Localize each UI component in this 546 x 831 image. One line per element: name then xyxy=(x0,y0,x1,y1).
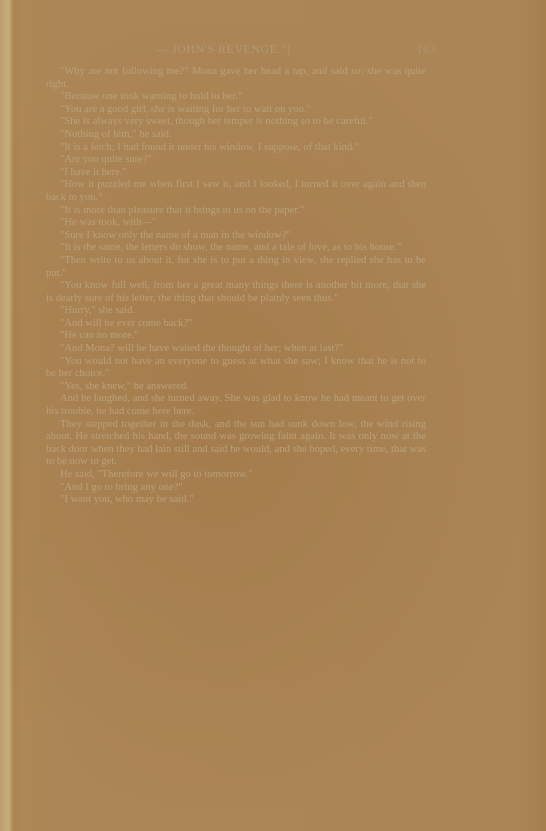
paragraph: "It is a fetch; I had found it under his… xyxy=(46,142,426,155)
paragraph: "You would not have an everyone to guess… xyxy=(46,356,426,381)
paragraph: "Then write to us about it, for she is t… xyxy=(46,255,426,280)
running-header: — JOHN'S REVENGE."] 163 xyxy=(46,42,426,62)
paragraph: "Yes, she knew," he answered. xyxy=(46,381,426,394)
book-page: — JOHN'S REVENGE."] 163 "Why are not fol… xyxy=(46,42,426,507)
paragraph: "Sure I know only the name of a man in t… xyxy=(46,230,426,243)
paragraph: "Why are not following me?" Mona gave he… xyxy=(46,66,426,91)
book-spine-shadow xyxy=(0,0,14,831)
running-title: — JOHN'S REVENGE."] xyxy=(156,42,291,57)
paragraph: "She is always very sweet, though her te… xyxy=(46,116,426,129)
paragraph: "He was took, with—" xyxy=(46,217,426,230)
page-body: "Why are not following me?" Mona gave he… xyxy=(46,66,426,507)
paragraph: "Because one took warning to hold to her… xyxy=(46,91,426,104)
paragraph: "And I go to bring any one?" xyxy=(46,482,426,495)
paragraph: He said, "Therefore we will go to tomorr… xyxy=(46,469,426,482)
paragraph: "You are a good girl, she is waiting for… xyxy=(46,104,426,117)
paragraph: And he laughed, and she turned away. She… xyxy=(46,393,426,418)
paragraph: "Hurry," she said. xyxy=(46,305,426,318)
paragraph: "I have it here." xyxy=(46,167,426,180)
paragraph: "Nothing of him," he said. xyxy=(46,129,426,142)
paragraph: "And will he ever come back?" xyxy=(46,318,426,331)
paragraph: They stepped together in the dusk, and t… xyxy=(46,419,426,469)
paragraph: "You know full well, from her a great ma… xyxy=(46,280,426,305)
paragraph: "Are you quite sure?" xyxy=(46,154,426,167)
paragraph: "It is the same, the letters do show, th… xyxy=(46,242,426,255)
paragraph: "And Mona? will he have waited the thoug… xyxy=(46,343,426,356)
paragraph: "He can no more." xyxy=(46,330,426,343)
paragraph: "I want you, who may be said." xyxy=(46,494,426,507)
paragraph: "How it puzzled me when first I saw it, … xyxy=(46,179,426,204)
paragraph: "It is more than pleasure that it brings… xyxy=(46,205,426,218)
page-number: 163 xyxy=(417,42,437,57)
